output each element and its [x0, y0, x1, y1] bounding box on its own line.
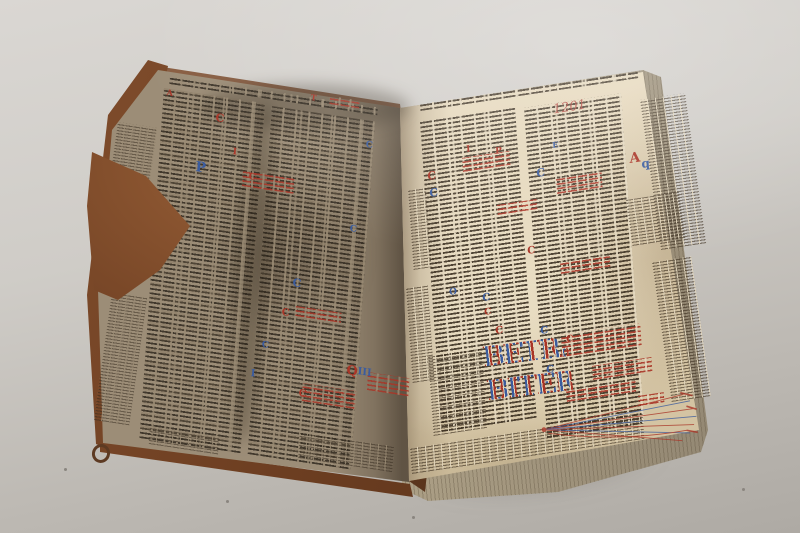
pen-flourished-initial: C — [482, 293, 491, 304]
pen-flourished-initial: C — [495, 326, 504, 337]
penwork-display-letters: BETRo BITERb — [481, 331, 578, 433]
pen-flourished-initial: C — [215, 112, 224, 124]
penwork-fan-flourish — [536, 389, 706, 465]
dust-speck — [226, 500, 229, 503]
pen-flourished-initial: Q — [346, 364, 358, 379]
page-content-overlay: CIPCCCCICQIIIATCCCCICPEAqCCCOCCCC — [0, 0, 800, 533]
left-page-top-margin-line — [169, 76, 377, 115]
pen-flourished-initial: A — [166, 88, 173, 97]
leather-cover-edge — [0, 0, 800, 533]
leather-cover-top-edge — [0, 0, 800, 533]
leather-spine-corner — [0, 0, 800, 533]
right-page-bottom-gloss — [410, 413, 644, 474]
grime-patch — [200, 84, 410, 130]
right-page-rubric — [556, 171, 603, 194]
pen-flourished-initial: P — [195, 160, 206, 176]
right-page-top-margin-line — [420, 71, 638, 111]
right-page-gutter-shading — [0, 0, 800, 533]
right-page — [0, 0, 800, 533]
pen-flourished-initial: C — [546, 365, 555, 376]
pen-flourished-initial: E — [552, 140, 559, 149]
photo-scene: Photograph of a medieval parchment manus… — [0, 0, 800, 533]
leather-cover-bottom-edge — [0, 0, 800, 533]
right-page-inner-gloss — [408, 187, 431, 270]
pen-flourished-initial: C — [484, 308, 492, 318]
pen-flourished-initial: I — [466, 145, 471, 155]
pen-flourished-initial: T — [310, 93, 316, 102]
pen-flourished-initial: C — [429, 187, 438, 199]
left-page-bottom-gloss — [149, 426, 220, 454]
right-page-rubric — [462, 151, 510, 172]
right-page-rubric — [560, 255, 610, 274]
left-page-rubric — [295, 306, 341, 323]
left-page-text-column-1 — [140, 88, 265, 453]
pen-flourished-initial: q — [641, 157, 650, 170]
right-page-outer-gloss — [640, 93, 706, 250]
pen-flourished-initial: C — [298, 389, 307, 400]
pen-flourished-initial: C — [536, 167, 545, 179]
pen-flourished-initial: O — [449, 288, 457, 298]
left-page-rubric — [302, 383, 357, 409]
dust-speck — [412, 516, 415, 519]
pen-flourished-initial: P — [495, 147, 502, 157]
pen-flourished-initial: C — [527, 246, 536, 257]
pen-flourished-initial: C — [349, 225, 357, 235]
left-page-gutter-shading — [0, 0, 800, 533]
right-page-rubric — [592, 357, 652, 380]
left-page-outer-gloss — [94, 292, 147, 425]
right-page-column-gloss — [428, 348, 487, 436]
pen-flourished-initial: III — [357, 367, 372, 379]
book-bottom-shadow — [356, 398, 724, 531]
folio-mark-inscription: 1201 — [552, 98, 587, 118]
leather-cover-flap — [0, 0, 800, 533]
pen-flourished-initial: I — [232, 148, 237, 158]
left-page-outer-gloss — [97, 122, 157, 278]
pen-flourished-initial: C — [248, 173, 256, 183]
dust-speck — [64, 468, 67, 471]
pen-flourished-initial: C — [281, 308, 290, 319]
right-page-rubric — [638, 392, 664, 406]
pen-flourished-initial: C — [365, 141, 373, 151]
left-page-rubric — [242, 170, 295, 194]
book-shadow — [96, 74, 744, 533]
right-page-rubric — [497, 199, 537, 215]
pen-flourished-initial: I — [250, 369, 255, 380]
leather-clasp-loop — [89, 441, 112, 465]
right-page-rubric — [566, 380, 636, 402]
pen-flourished-initial: C — [292, 277, 301, 289]
pen-flourished-initial: C — [427, 170, 436, 182]
pen-flourished-initial: C — [566, 335, 574, 345]
page-block-fore-edge — [0, 0, 800, 533]
dust-speck — [742, 488, 745, 491]
right-page-inner-gloss — [406, 285, 434, 383]
right-page-rubric — [561, 323, 642, 357]
pen-flourished-initial: C — [261, 341, 269, 351]
left-page-rubric — [329, 96, 359, 108]
grime-patch — [200, 170, 370, 340]
left-page-bottom-gloss — [298, 432, 394, 472]
grime-streak — [224, 100, 281, 445]
right-page-outer-gloss — [626, 192, 685, 246]
left-page-text-column-2 — [248, 106, 375, 470]
display-letters-row-1-small: o — [559, 342, 571, 361]
pen-flourished-initial: A — [629, 150, 641, 166]
display-letters-row-2: BITERb — [485, 365, 574, 409]
right-page-text-column-2 — [524, 93, 644, 438]
right-page-outer-gloss — [652, 256, 711, 402]
left-page-rubric — [367, 372, 410, 396]
display-letters-row-1: BETRo — [481, 331, 570, 375]
pen-flourished-initial: C — [540, 326, 549, 337]
right-page-text-column-1 — [420, 108, 537, 432]
display-letters-row-2-small: b — [574, 374, 587, 393]
left-page — [0, 0, 800, 533]
